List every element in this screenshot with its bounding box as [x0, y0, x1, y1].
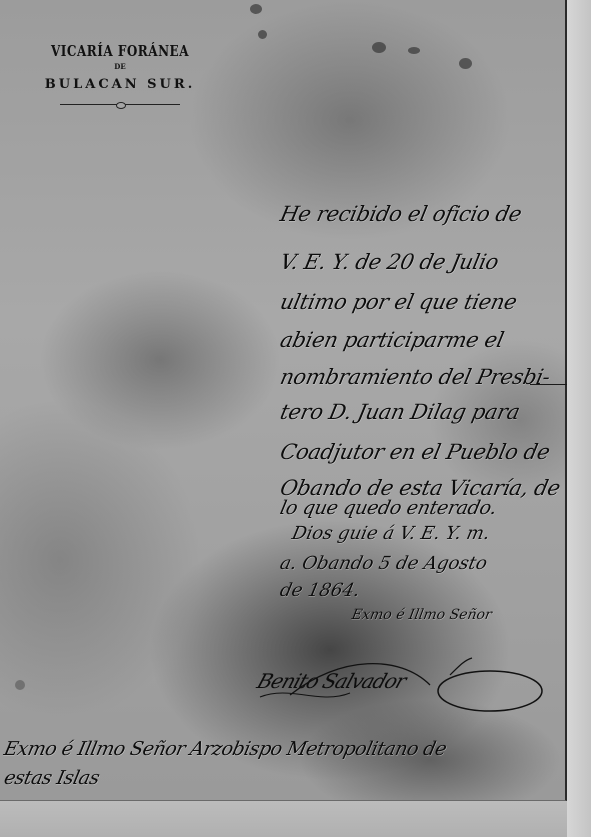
- body-line: V. E. Y. de 20 de Julio: [278, 250, 501, 274]
- addressee-line: estas Islas: [2, 767, 101, 789]
- letterhead-place: BULACAN SUR.: [20, 77, 220, 92]
- closing-line: Dios guie á V. E. Y. m.: [290, 523, 492, 544]
- closing-line: a. Obando 5 de Agosto: [278, 553, 489, 574]
- signature: Benito Salvador: [250, 655, 550, 715]
- letterhead-title: VICARÍA FORÁNEA: [20, 42, 220, 60]
- hyphen-stroke: [530, 384, 570, 385]
- ink-stain: [459, 58, 472, 69]
- closing-line: de 1864.: [278, 580, 362, 601]
- scan-margin-right: [567, 0, 591, 837]
- signature-name: Benito Salvador: [254, 669, 409, 693]
- body-line: lo que quedo enterado.: [278, 497, 499, 519]
- body-line: Coadjutor en el Pueblo de: [278, 440, 552, 464]
- body-line: He recibido el oficio de: [278, 202, 524, 226]
- addressee-line: Exmo é Illmo Señor Arzobispo Metropolita…: [2, 738, 448, 760]
- letterhead: VICARÍA FORÁNEA DE BULACAN SUR.: [20, 44, 220, 105]
- ink-stain: [250, 4, 262, 14]
- body-line: tero D. Juan Dilag para: [278, 400, 522, 424]
- paper-sheet: VICARÍA FORÁNEA DE BULACAN SUR. He recib…: [0, 0, 567, 801]
- ink-stain: [372, 42, 386, 53]
- ink-stain: [258, 30, 267, 39]
- body-line: ultimo por el que tiene: [278, 290, 519, 314]
- ink-stain: [15, 680, 25, 690]
- letterhead-ornament-rule: [60, 104, 180, 105]
- body-line: nombramiento del Presbi-: [278, 365, 552, 389]
- scanned-document: VICARÍA FORÁNEA DE BULACAN SUR. He recib…: [0, 0, 591, 837]
- salutation: Exmo é Illmo Señor: [351, 607, 493, 623]
- letterhead-preposition: DE: [20, 62, 220, 71]
- scan-margin-bottom: [0, 801, 567, 837]
- ink-stain: [408, 47, 420, 54]
- body-line: abien participarme el: [278, 328, 506, 352]
